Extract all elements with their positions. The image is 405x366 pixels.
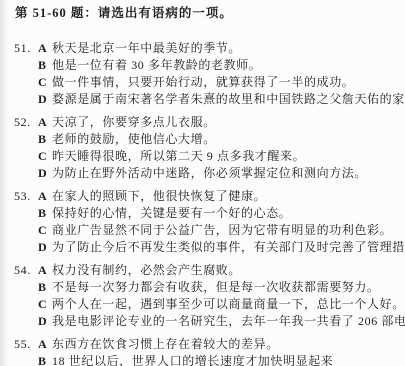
question-54: 54. A 权力没有制约，必然会产生腐败。 B 不是每一次努力都会有收获，但是每… [0, 262, 405, 330]
question-row: B 老师的鼓励，使他信心大增。 [0, 131, 405, 148]
option-letter: D [38, 313, 52, 330]
exam-page: 第 51-60 题：请选出有语病的一项。 51. A 秋天是北京一年中最美好的季… [0, 0, 405, 366]
question-row: B 保持好的心情，关键是要有一个好的心态。 [0, 205, 405, 222]
option-letter: B [38, 279, 52, 296]
option-letter: A [38, 114, 52, 131]
question-number: 53. [14, 188, 38, 205]
option-letter: D [38, 91, 52, 108]
question-number [14, 57, 38, 74]
section-instruction: 第 51-60 题：请选出有语病的一项。 [0, 0, 405, 22]
option-text: 商业广告显然不同于公益广告，因为它带有明显的功利色彩。 [52, 222, 392, 239]
option-letter: A [38, 336, 52, 353]
option-text: 他是一位有着 30 多年教龄的老教师。 [52, 57, 261, 74]
option-letter: D [38, 239, 52, 256]
question-number [14, 239, 38, 256]
option-letter: C [38, 222, 52, 239]
option-letter: B [38, 131, 52, 148]
option-text: 我是电影评论专业的一名研究生，去年一年我一共看了 206 部电影。 [52, 313, 405, 330]
question-row: B 18 世纪以后，世界人口的增长速度才加快明显起来 [0, 353, 405, 366]
option-text: 婺源是属于南宋著名学者朱熹的故里和中国铁路之父詹天佑的家乡。 [52, 91, 405, 108]
question-row: D 我是电影评论专业的一名研究生，去年一年我一共看了 206 部电影。 [0, 313, 405, 330]
question-number: 55. [14, 336, 38, 353]
question-row: C 昨天睡得很晚，所以第二天 9 点多我才醒来。 [0, 148, 405, 165]
option-text: 做一件事情，只要开始行动，就算获得了一半的成功。 [52, 74, 354, 91]
option-letter: C [38, 296, 52, 313]
question-number [14, 205, 38, 222]
option-text: 老师的鼓励，使他信心大增。 [52, 131, 216, 148]
question-number [14, 131, 38, 148]
question-number: 54. [14, 262, 38, 279]
option-text: 为了防止今后不再发生类似的事件，有关部门及时完善了管理措施。 [52, 239, 405, 256]
option-text: 在家人的照顾下，他很快恢复了健康。 [52, 188, 266, 205]
option-letter: A [38, 40, 52, 57]
option-text: 权力没有制约，必然会产生腐败。 [52, 262, 241, 279]
option-text: 秋天是北京一年中最美好的季节。 [52, 40, 241, 57]
question-row: 51. A 秋天是北京一年中最美好的季节。 [0, 40, 405, 57]
option-text: 不是每一次努力都会有收获，但是每一次收获都需要努力。 [52, 279, 380, 296]
option-letter: A [38, 188, 52, 205]
question-row: 54. A 权力没有制约，必然会产生腐败。 [0, 262, 405, 279]
question-number [14, 74, 38, 91]
question-number: 51. [14, 40, 38, 57]
option-text: 18 世纪以后，世界人口的增长速度才加快明显起来 [52, 353, 333, 366]
question-53: 53. A 在家人的照顾下，他很快恢复了健康。 B 保持好的心情，关键是要有一个… [0, 188, 405, 256]
option-text: 保持好的心情，关键是要有一个好的心态。 [52, 205, 291, 222]
question-51: 51. A 秋天是北京一年中最美好的季节。 B 他是一位有着 30 多年教龄的老… [0, 40, 405, 108]
question-number [14, 279, 38, 296]
question-52: 52. A 天凉了，你要穿多点儿衣服。 B 老师的鼓励，使他信心大增。 C 昨天… [0, 114, 405, 182]
option-letter: D [38, 165, 52, 182]
question-row: C 商业广告显然不同于公益广告，因为它带有明显的功利色彩。 [0, 222, 405, 239]
option-text: 昨天睡得很晚，所以第二天 9 点多我才醒来。 [52, 148, 305, 165]
option-text: 天凉了，你要穿多点儿衣服。 [52, 114, 216, 131]
question-row: C 两个人在一起，遇到事至少可以商量商量一下，总比一个人好。 [0, 296, 405, 313]
question-number [14, 148, 38, 165]
option-letter: C [38, 74, 52, 91]
option-letter: B [38, 353, 52, 366]
question-row: D 为防止在野外活动中迷路，你必须掌握定位和测向方法。 [0, 165, 405, 182]
question-number [14, 296, 38, 313]
question-row: D 婺源是属于南宋著名学者朱熹的故里和中国铁路之父詹天佑的家乡。 [0, 91, 405, 108]
question-number [14, 165, 38, 182]
question-number [14, 353, 38, 366]
question-row: D 为了防止今后不再发生类似的事件，有关部门及时完善了管理措施。 [0, 239, 405, 256]
option-text: 东西方在饮食习惯上存在着较大的差异。 [52, 336, 279, 353]
option-text: 两个人在一起，遇到事至少可以商量商量一下，总比一个人好。 [52, 296, 405, 313]
option-letter: C [38, 148, 52, 165]
question-row: B 不是每一次努力都会有收获，但是每一次收获都需要努力。 [0, 279, 405, 296]
option-letter: A [38, 262, 52, 279]
option-text: 为防止在野外活动中迷路，你必须掌握定位和测向方法。 [52, 165, 367, 182]
question-row: 53. A 在家人的照顾下，他很快恢复了健康。 [0, 188, 405, 205]
option-letter: B [38, 57, 52, 74]
question-row: 55. A 东西方在饮食习惯上存在着较大的差异。 [0, 336, 405, 353]
question-number [14, 313, 38, 330]
option-letter: B [38, 205, 52, 222]
question-number [14, 222, 38, 239]
question-number: 52. [14, 114, 38, 131]
question-row: 52. A 天凉了，你要穿多点儿衣服。 [0, 114, 405, 131]
question-number [14, 91, 38, 108]
question-row: C 做一件事情，只要开始行动，就算获得了一半的成功。 [0, 74, 405, 91]
question-55: 55. A 东西方在饮食习惯上存在着较大的差异。 B 18 世纪以后，世界人口的… [0, 336, 405, 366]
question-row: B 他是一位有着 30 多年教龄的老教师。 [0, 57, 405, 74]
